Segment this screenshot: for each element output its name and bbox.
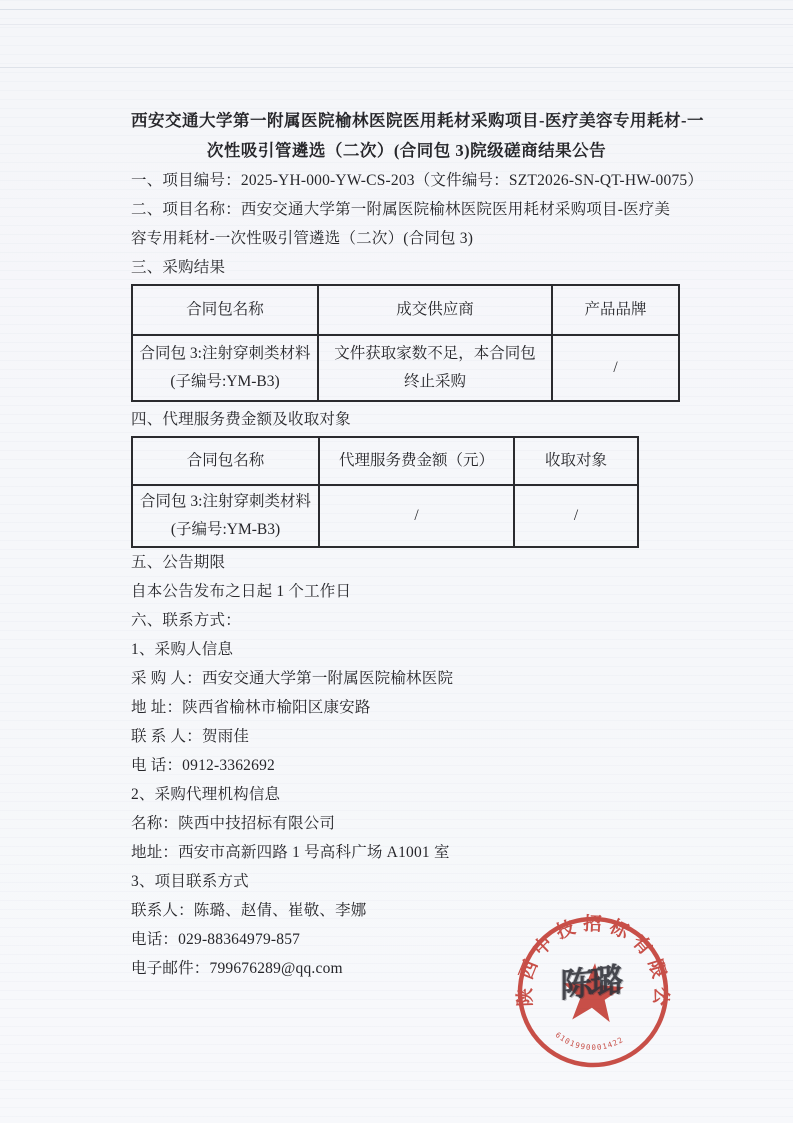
agency-fee-heading: 四、代理服务费金额及收取对象 bbox=[131, 405, 682, 434]
seal-code-arc-text: 6101990001422 bbox=[553, 1030, 626, 1054]
column-header-brand: 产品品牌 bbox=[552, 285, 679, 335]
result-section-heading: 三、采购结果 bbox=[131, 253, 682, 282]
column-header-package: 合同包名称 bbox=[132, 285, 318, 335]
cell-package: 合同包 3:注射穿刺类材料 (子编号:YM-B3) bbox=[132, 485, 319, 547]
document-page: 西安交通大学第一附属医院榆林医院医用耗材采购项目-医疗美容专用耗材-一 次性吸引… bbox=[0, 0, 793, 1123]
table-header-row: 合同包名称 代理服务费金额（元） 收取对象 bbox=[132, 437, 638, 485]
contact-section-heading: 六、联系方式： bbox=[131, 606, 682, 635]
package-subcode: (子编号:YM-B3) bbox=[135, 516, 316, 544]
scan-artifact-line bbox=[0, 9, 793, 10]
package-name: 合同包 3:注射穿刺类材料 bbox=[135, 488, 316, 516]
column-header-fee-amount: 代理服务费金额（元） bbox=[319, 437, 514, 485]
package-subcode: (子编号:YM-B3) bbox=[135, 368, 315, 396]
project-contact-heading: 3、项目联系方式 bbox=[131, 867, 682, 896]
agency-fee-table: 合同包名称 代理服务费金额（元） 收取对象 合同包 3:注射穿刺类材料 (子编号… bbox=[131, 436, 639, 548]
project-number-line: 一、项目编号：2025-YH-000-YW-CS-203（文件编号：SZT202… bbox=[131, 166, 682, 195]
cell-package: 合同包 3:注射穿刺类材料 (子编号:YM-B3) bbox=[132, 335, 318, 401]
scan-artifact-line bbox=[0, 67, 793, 68]
project-name-line2: 容专用耗材-一次性吸引管遴选（二次）(合同包 3) bbox=[131, 224, 682, 253]
project-name-line1: 二、项目名称：西安交通大学第一附属医院榆林医院医用耗材采购项目-医疗美 bbox=[131, 195, 682, 224]
document-title-line1: 西安交通大学第一附属医院榆林医院医用耗材采购项目-医疗美容专用耗材-一 bbox=[131, 106, 682, 136]
cell-supplier: 文件获取家数不足，本合同包 终止采购 bbox=[318, 335, 552, 401]
package-name: 合同包 3:注射穿刺类材料 bbox=[135, 340, 315, 368]
cell-payer: / bbox=[514, 485, 638, 547]
document-title-line2: 次性吸引管遴选（二次）(合同包 3)院级磋商结果公告 bbox=[131, 136, 682, 166]
supplier-result-line1: 文件获取家数不足，本合同包 bbox=[321, 340, 549, 368]
purchaser-info-heading: 1、采购人信息 bbox=[131, 635, 682, 664]
scan-artifact-line bbox=[0, 24, 793, 25]
document-content: 西安交通大学第一附属医院榆林医院医用耗材采购项目-医疗美容专用耗材-一 次性吸引… bbox=[131, 106, 682, 983]
procurement-result-table: 合同包名称 成交供应商 产品品牌 合同包 3:注射穿刺类材料 (子编号:YM-B… bbox=[131, 284, 680, 402]
column-header-payer: 收取对象 bbox=[514, 437, 638, 485]
seal-signature: 陈璐 bbox=[560, 954, 620, 1008]
table-header-row: 合同包名称 成交供应商 产品品牌 bbox=[132, 285, 679, 335]
cell-brand: / bbox=[552, 335, 679, 401]
agency-name-line: 名称：陕西中技招标有限公司 bbox=[131, 809, 682, 838]
purchaser-contact-line: 联 系 人：贺雨佳 bbox=[131, 722, 682, 751]
column-header-package: 合同包名称 bbox=[132, 437, 319, 485]
purchaser-name-line: 采 购 人：西安交通大学第一附属医院榆林医院 bbox=[131, 664, 682, 693]
notice-period-heading: 五、公告期限 bbox=[131, 548, 682, 577]
purchaser-phone-line: 电 话：0912-3362692 bbox=[131, 751, 682, 780]
table-row: 合同包 3:注射穿刺类材料 (子编号:YM-B3) / / bbox=[132, 485, 638, 547]
agency-info-heading: 2、采购代理机构信息 bbox=[131, 780, 682, 809]
cell-fee-amount: / bbox=[319, 485, 514, 547]
agency-address-line: 地址：西安市高新四路 1 号高科广场 A1001 室 bbox=[131, 838, 682, 867]
supplier-result-line2: 终止采购 bbox=[321, 368, 549, 396]
notice-period-text: 自本公告发布之日起 1 个工作日 bbox=[131, 577, 682, 606]
purchaser-address-line: 地 址：陕西省榆林市榆阳区康安路 bbox=[131, 693, 682, 722]
table-row: 合同包 3:注射穿刺类材料 (子编号:YM-B3) 文件获取家数不足，本合同包 … bbox=[132, 335, 679, 401]
column-header-supplier: 成交供应商 bbox=[318, 285, 552, 335]
